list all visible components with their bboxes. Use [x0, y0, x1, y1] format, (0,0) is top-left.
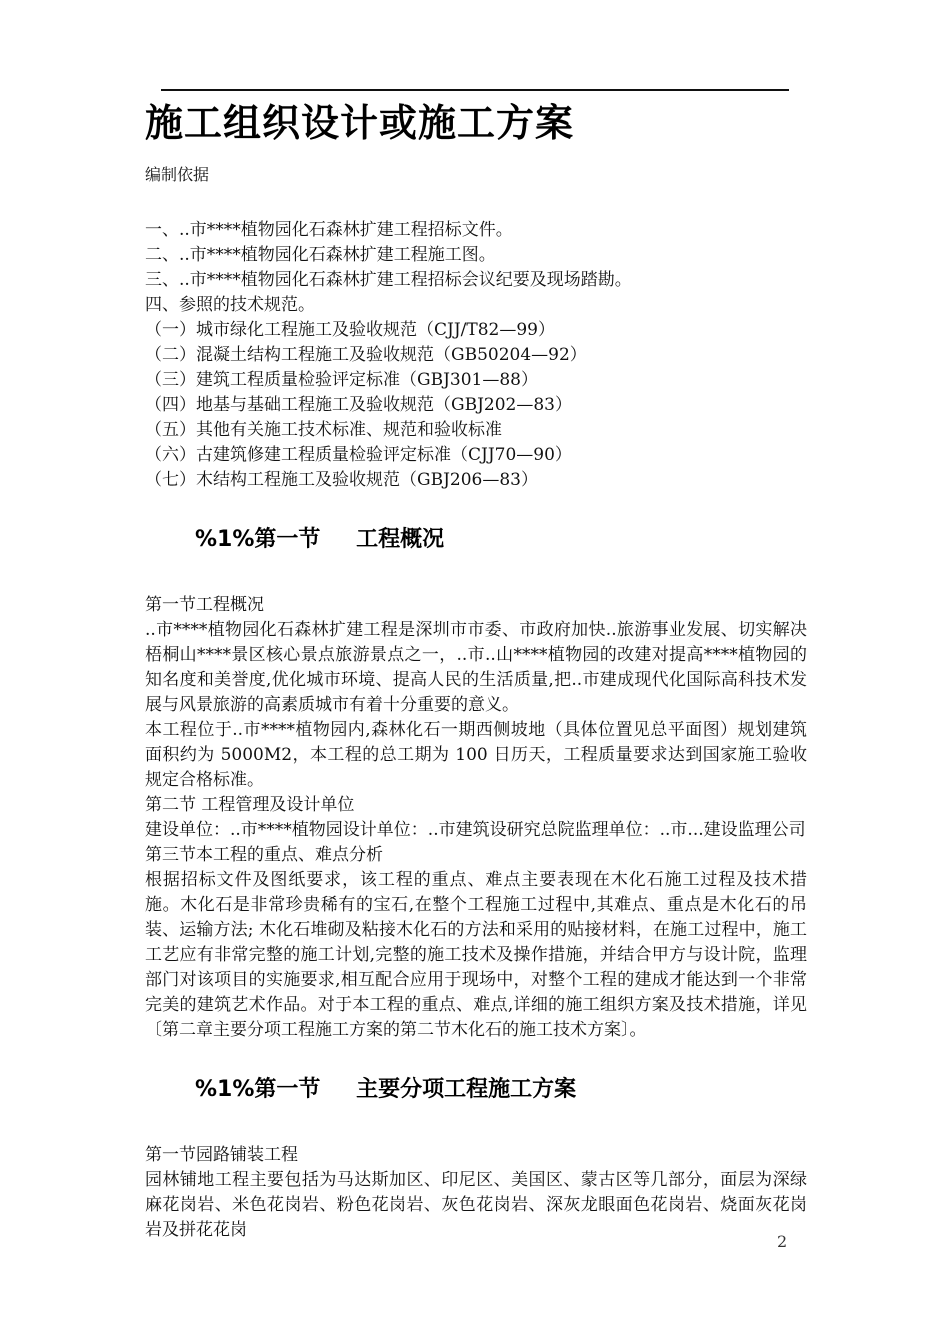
paragraph: 根据招标文件及图纸要求，该工程的重点、难点主要表现在木化石施工过程及技术措施。木…	[145, 868, 807, 1043]
basis-item: （一）城市绿化工程施工及验收规范（CJJ/T82—99）	[145, 318, 807, 343]
basis-item: 二、..市****植物园化石森林扩建工程施工图。	[145, 243, 807, 268]
section-title: 工程概况	[356, 527, 444, 552]
basis-item: （七）木结构工程施工及验收规范（GBJ206—83）	[145, 468, 807, 493]
paragraph: 第一节工程概况	[145, 593, 807, 618]
basis-item: 三、..市****植物园化石森林扩建工程招标会议纪要及现场踏勘。	[145, 268, 807, 293]
basis-item: （六）古建筑修建工程质量检验评定标准（CJJ70—90）	[145, 443, 807, 468]
paragraph: 本工程位于..市****植物园内,森林化石一期西侧坡地（具体位置见总平面图）规划…	[145, 718, 807, 793]
section-number: %1%第一节	[195, 527, 320, 552]
basis-list: 一、..市****植物园化石森林扩建工程招标文件。 二、..市****植物园化石…	[145, 218, 807, 493]
paragraph: 第三节本工程的重点、难点分析	[145, 843, 807, 868]
paragraph: 第一节园路铺装工程	[145, 1143, 807, 1168]
page-title: 施工组织设计或施工方案	[145, 0, 807, 146]
basis-item: 四、参照的技术规范。	[145, 293, 807, 318]
paragraph: 第二节 工程管理及设计单位	[145, 793, 807, 818]
section-heading-1: %1%第一节 工程概况	[195, 525, 807, 555]
basis-item: （四）地基与基础工程施工及验收规范（GBJ202—83）	[145, 393, 807, 418]
section-number: %1%第一节	[195, 1077, 320, 1102]
document-content: 施工组织设计或施工方案 编制依据 一、..市****植物园化石森林扩建工程招标文…	[145, 0, 807, 1243]
document-page: 施工组织设计或施工方案 编制依据 一、..市****植物园化石森林扩建工程招标文…	[0, 0, 950, 1344]
section-title: 主要分项工程施工方案	[356, 1077, 576, 1102]
basis-item: （五）其他有关施工技术标准、规范和验收标准	[145, 418, 807, 443]
section-1-body: 第一节工程概况 ..市****植物园化石森林扩建工程是深圳市市委、市政府加快..…	[145, 593, 807, 1043]
page-number: 2	[777, 1232, 787, 1252]
paragraph: 园林铺地工程主要包括为马达斯加区、印尼区、美国区、蒙古区等几部分，面层为深绿麻花…	[145, 1168, 807, 1243]
paragraph: ..市****植物园化石森林扩建工程是深圳市市委、市政府加快..旅游事业发展、切…	[145, 618, 807, 718]
basis-item: （三）建筑工程质量检验评定标准（GBJ301—88）	[145, 368, 807, 393]
basis-item: 一、..市****植物园化石森林扩建工程招标文件。	[145, 218, 807, 243]
section-heading-2: %1%第一节 主要分项工程施工方案	[195, 1075, 807, 1105]
document-subtitle: 编制依据	[145, 164, 807, 186]
basis-item: （二）混凝土结构工程施工及验收规范（GB50204—92）	[145, 343, 807, 368]
paragraph: 建设单位：..市****植物园设计单位：..市建筑设研究总院监理单位：..市..…	[145, 818, 807, 843]
section-2-body: 第一节园路铺装工程 园林铺地工程主要包括为马达斯加区、印尼区、美国区、蒙古区等几…	[145, 1143, 807, 1243]
